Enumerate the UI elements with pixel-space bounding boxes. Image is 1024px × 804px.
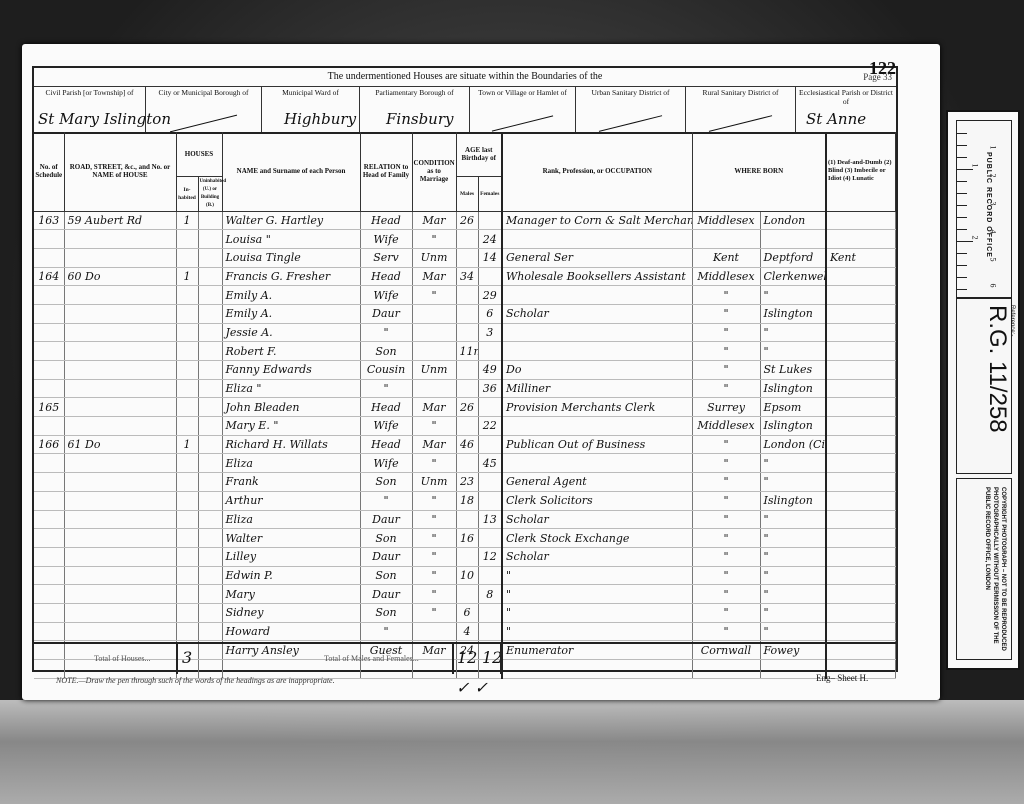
row-infirmity (826, 529, 896, 548)
row-address (64, 529, 176, 548)
row-male-age (456, 547, 478, 566)
row-condition: " (412, 529, 456, 548)
row-relation: Head (360, 267, 412, 286)
row-condition (412, 622, 456, 641)
row-name: Mary E. " (222, 417, 360, 436)
row-inhabited (176, 286, 198, 305)
row-uninhabited (198, 491, 222, 510)
row-occupation: General Ser (502, 248, 692, 267)
row-name: Emily A. (222, 304, 360, 323)
row-address (64, 398, 176, 417)
total-houses-value: 3 (182, 648, 192, 667)
row-infirmity (826, 585, 896, 604)
row-schedule: 165 (34, 398, 64, 417)
row-address (64, 622, 176, 641)
row-born-place: " (760, 323, 826, 342)
row-uninhabited (198, 323, 222, 342)
row-male-age (456, 510, 478, 529)
row-male-age: 16 (456, 529, 478, 548)
row-schedule (34, 342, 64, 361)
row-inhabited (176, 529, 198, 548)
row-schedule (34, 491, 64, 510)
row-born-place: Islington (760, 379, 826, 398)
col-condition: CONDITION as to Marriage (412, 132, 456, 211)
row-schedule (34, 454, 64, 473)
col-where-born: WHERE BORN (692, 132, 826, 211)
row-address (64, 603, 176, 622)
row-occupation: " (502, 585, 692, 604)
row-inhabited (176, 603, 198, 622)
row-infirmity (826, 491, 896, 510)
row-schedule (34, 622, 64, 641)
table-row: Howard"4""" (34, 622, 896, 641)
boundaries-row: Civil Parish [or Township] of St Mary Is… (34, 86, 896, 134)
row-born-county: " (692, 566, 760, 585)
row-name: Fanny Edwards (222, 361, 360, 380)
table-row: Arthur""18Clerk Solicitors"Islington (34, 491, 896, 510)
total-males: 12 (457, 648, 477, 667)
table-row: Louisa "Wife"24 (34, 230, 896, 249)
row-uninhabited (198, 547, 222, 566)
boundary-rural-sanitary: Rural Sanitary District of (686, 86, 796, 132)
row-born-place: Islington (760, 417, 826, 436)
row-occupation (502, 286, 692, 305)
row-female-age (478, 603, 502, 622)
col-uninhabited: Uninhabited (U.) or Building (B.) (198, 176, 222, 211)
row-address (64, 510, 176, 529)
row-uninhabited (198, 286, 222, 305)
row-inhabited (176, 622, 198, 641)
row-condition: Mar (412, 211, 456, 230)
row-occupation: Do (502, 361, 692, 380)
row-schedule: 164 (34, 267, 64, 286)
table-row: Fanny EdwardsCousinUnm49Do"St Lukes (34, 361, 896, 380)
row-female-age: 22 (478, 417, 502, 436)
col-schedule: No. of Schedule (34, 132, 64, 211)
boundary-civil-parish: Civil Parish [or Township] of St Mary Is… (34, 86, 146, 132)
table-row: 16359 Aubert Rd1Walter G. HartleyHeadMar… (34, 211, 896, 230)
row-inhabited (176, 510, 198, 529)
row-born-place: " (760, 603, 826, 622)
row-born-place: " (760, 585, 826, 604)
scan-edge-bottom (0, 700, 1024, 804)
row-inhabited: 1 (176, 211, 198, 230)
row-female-age: 36 (478, 379, 502, 398)
row-infirmity (826, 361, 896, 380)
row-condition (412, 342, 456, 361)
col-females: Females (478, 176, 502, 211)
row-address: 61 Do (64, 435, 176, 454)
row-born-place: Epsom (760, 398, 826, 417)
row-uninhabited (198, 398, 222, 417)
row-condition: " (412, 510, 456, 529)
row-male-age (456, 230, 478, 249)
row-infirmity: Kent (826, 248, 896, 267)
row-uninhabited (198, 379, 222, 398)
row-infirmity (826, 566, 896, 585)
row-occupation: Wholesale Booksellers Assistant (502, 267, 692, 286)
row-born-place: London (City) (760, 435, 826, 454)
row-condition: " (412, 230, 456, 249)
row-inhabited (176, 342, 198, 361)
copyright-box: COPYRIGHT PHOTOGRAPH – NOT TO BE REPRODU… (956, 478, 1012, 660)
row-occupation: " (502, 603, 692, 622)
row-infirmity (826, 286, 896, 305)
row-address: 59 Aubert Rd (64, 211, 176, 230)
row-male-age: 46 (456, 435, 478, 454)
table-row: 16460 Do1Francis G. FresherHeadMar34Whol… (34, 267, 896, 286)
blank-dash (170, 115, 237, 133)
check-marks: ✓ ✓ (456, 678, 488, 697)
boundary-value: Finsbury (386, 110, 453, 128)
row-born-place: " (760, 473, 826, 492)
copyright-notice: COPYRIGHT PHOTOGRAPH – NOT TO BE REPRODU… (983, 487, 1007, 657)
row-uninhabited (198, 417, 222, 436)
row-relation: Wife (360, 286, 412, 305)
row-female-age: 49 (478, 361, 502, 380)
row-born-county: " (692, 304, 760, 323)
row-relation: Daur (360, 547, 412, 566)
archive-label: 1 2 3 4 5 6 1 2 PUBLIC RECORD OFFICE Ref… (946, 110, 1020, 670)
row-relation: Serv (360, 248, 412, 267)
row-inhabited (176, 398, 198, 417)
row-relation: Son (360, 342, 412, 361)
row-born-place: Deptford (760, 248, 826, 267)
row-name: Howard (222, 622, 360, 641)
row-name: Jessie A. (222, 323, 360, 342)
row-address (64, 454, 176, 473)
row-uninhabited (198, 622, 222, 641)
boundary-value: St Anne (806, 110, 866, 128)
row-inhabited (176, 585, 198, 604)
row-schedule: 166 (34, 435, 64, 454)
row-born-county: Kent (692, 248, 760, 267)
row-occupation: Manager to Corn & Salt Merchant (502, 211, 692, 230)
row-female-age: 6 (478, 304, 502, 323)
row-address (64, 342, 176, 361)
row-born-county (692, 230, 760, 249)
row-uninhabited (198, 304, 222, 323)
table-row: Jessie A."3"" (34, 323, 896, 342)
row-schedule (34, 361, 64, 380)
row-male-age (456, 379, 478, 398)
row-condition: " (412, 286, 456, 305)
row-born-place: " (760, 529, 826, 548)
row-condition: " (412, 566, 456, 585)
row-female-age (478, 529, 502, 548)
row-born-county: Middlesex (692, 267, 760, 286)
row-schedule: 163 (34, 211, 64, 230)
row-relation: Wife (360, 417, 412, 436)
row-occupation (502, 323, 692, 342)
row-inhabited (176, 379, 198, 398)
row-born-place: " (760, 547, 826, 566)
row-schedule (34, 510, 64, 529)
row-infirmity (826, 342, 896, 361)
row-female-age (478, 473, 502, 492)
boundary-ward: Municipal Ward of Highbury (262, 86, 360, 132)
col-males: Males (456, 176, 478, 211)
table-row: Emily A.Daur6Scholar"Islington (34, 304, 896, 323)
table-row: 16661 Do1Richard H. WillatsHeadMar46Publ… (34, 435, 896, 454)
row-male-age: 6 (456, 603, 478, 622)
table-row: MaryDaur"8""" (34, 585, 896, 604)
row-name: Edwin P. (222, 566, 360, 585)
row-infirmity (826, 510, 896, 529)
row-born-place: Islington (760, 491, 826, 510)
row-condition: Unm (412, 361, 456, 380)
row-born-place (760, 230, 826, 249)
row-condition: " (412, 585, 456, 604)
row-uninhabited (198, 454, 222, 473)
row-schedule (34, 323, 64, 342)
page-label: Page 33 (863, 72, 892, 82)
divider (452, 644, 454, 674)
row-female-age (478, 622, 502, 641)
row-relation: Head (360, 435, 412, 454)
header-title: The undermentioned Houses are situate wi… (34, 68, 896, 87)
row-condition (412, 323, 456, 342)
row-name: Louisa Tingle (222, 248, 360, 267)
row-name: Walter (222, 529, 360, 548)
row-female-age: 13 (478, 510, 502, 529)
row-male-age (456, 417, 478, 436)
row-name: John Bleaden (222, 398, 360, 417)
row-relation: Cousin (360, 361, 412, 380)
total-persons-label: Total of Males and Females... (324, 654, 419, 663)
row-schedule (34, 379, 64, 398)
row-occupation (502, 417, 692, 436)
row-condition: Unm (412, 248, 456, 267)
row-occupation (502, 342, 692, 361)
reference-number: R.G. 11/258 (983, 305, 1011, 433)
row-born-county: " (692, 622, 760, 641)
row-schedule (34, 230, 64, 249)
totals-row: Total of Houses... 3 Total of Males and … (34, 642, 896, 674)
row-name: Eliza (222, 454, 360, 473)
row-occupation: General Agent (502, 473, 692, 492)
table-row: SidneySon"6""" (34, 603, 896, 622)
row-born-county: Middlesex (692, 211, 760, 230)
row-born-county: " (692, 547, 760, 566)
row-name: Louisa " (222, 230, 360, 249)
row-uninhabited (198, 248, 222, 267)
row-male-age (456, 361, 478, 380)
row-uninhabited (198, 342, 222, 361)
row-relation: Son (360, 603, 412, 622)
row-infirmity (826, 547, 896, 566)
row-infirmity (826, 398, 896, 417)
row-occupation: Scholar (502, 510, 692, 529)
row-uninhabited (198, 473, 222, 492)
row-name: Mary (222, 585, 360, 604)
row-born-county: " (692, 510, 760, 529)
row-female-age (478, 267, 502, 286)
row-condition (412, 379, 456, 398)
row-male-age: 4 (456, 622, 478, 641)
row-inhabited (176, 230, 198, 249)
sheet-label: Eng– Sheet H. (816, 673, 868, 683)
row-relation: Son (360, 529, 412, 548)
col-name: NAME and Surname of each Person (222, 132, 360, 211)
row-relation: Wife (360, 454, 412, 473)
row-relation: " (360, 323, 412, 342)
row-uninhabited (198, 566, 222, 585)
row-male-age: 23 (456, 473, 478, 492)
row-inhabited: 1 (176, 435, 198, 454)
row-schedule (34, 585, 64, 604)
row-name: Francis G. Fresher (222, 267, 360, 286)
row-infirmity (826, 435, 896, 454)
row-inhabited: 1 (176, 267, 198, 286)
row-occupation: Clerk Solicitors (502, 491, 692, 510)
divider (500, 644, 502, 674)
row-born-county: " (692, 529, 760, 548)
table-row: Robert F.Son11mo"" (34, 342, 896, 361)
row-born-place: Clerkenwell (760, 267, 826, 286)
row-born-county: " (692, 286, 760, 305)
blank-dash (709, 115, 773, 132)
row-occupation: Publican Out of Business (502, 435, 692, 454)
row-address (64, 304, 176, 323)
row-female-age: 14 (478, 248, 502, 267)
row-male-age: 10 (456, 566, 478, 585)
row-infirmity (826, 211, 896, 230)
table-row: Louisa TingleServUnm14General SerKentDep… (34, 248, 896, 267)
table-row: FrankSonUnm23General Agent"" (34, 473, 896, 492)
row-male-age: 11mo (456, 342, 478, 361)
row-name: Eliza " (222, 379, 360, 398)
row-male-age (456, 454, 478, 473)
row-inhabited (176, 323, 198, 342)
row-occupation: Scholar (502, 304, 692, 323)
table-row: LilleyDaur"12Scholar"" (34, 547, 896, 566)
row-born-county: " (692, 603, 760, 622)
table-row: WalterSon"16Clerk Stock Exchange"" (34, 529, 896, 548)
row-born-county: " (692, 454, 760, 473)
row-male-age: 26 (456, 211, 478, 230)
row-female-age: 29 (478, 286, 502, 305)
col-age: AGE last Birthday of (456, 132, 502, 176)
boundary-parliamentary: Parliamentary Borough of Finsbury (360, 86, 470, 132)
row-infirmity (826, 473, 896, 492)
row-uninhabited (198, 267, 222, 286)
table-row: Mary E. "Wife"22MiddlesexIslington (34, 417, 896, 436)
row-infirmity (826, 454, 896, 473)
row-relation: Son (360, 566, 412, 585)
row-female-age: 24 (478, 230, 502, 249)
divider (176, 644, 178, 674)
row-name: Robert F. (222, 342, 360, 361)
row-name: Richard H. Willats (222, 435, 360, 454)
row-relation: Head (360, 211, 412, 230)
row-female-age (478, 211, 502, 230)
row-name: Eliza (222, 510, 360, 529)
row-relation: " (360, 622, 412, 641)
row-female-age (478, 435, 502, 454)
row-infirmity (826, 603, 896, 622)
row-name: Emily A. (222, 286, 360, 305)
col-relation: RELATION to Head of Family (360, 132, 412, 211)
boundary-ecclesiastical: Ecclesiastical Parish or District of St … (796, 86, 896, 132)
row-born-county: " (692, 585, 760, 604)
row-male-age (456, 286, 478, 305)
row-inhabited (176, 547, 198, 566)
row-infirmity (826, 304, 896, 323)
row-address (64, 230, 176, 249)
row-occupation: " (502, 566, 692, 585)
row-born-place: " (760, 510, 826, 529)
row-schedule (34, 286, 64, 305)
row-condition: " (412, 454, 456, 473)
blank-dash (599, 115, 663, 132)
row-schedule (34, 304, 64, 323)
row-address (64, 248, 176, 267)
row-schedule (34, 473, 64, 492)
census-table: No. of Schedule ROAD, STREET, &c., and N… (34, 132, 896, 679)
row-female-age (478, 566, 502, 585)
row-born-county: " (692, 491, 760, 510)
boundary-town: Town or Village or Hamlet of (470, 86, 576, 132)
row-female-age: 45 (478, 454, 502, 473)
row-schedule (34, 529, 64, 548)
col-address: ROAD, STREET, &c., and No. or NAME of HO… (64, 132, 176, 211)
row-address (64, 491, 176, 510)
boundary-municipal-borough: City or Municipal Borough of (146, 86, 262, 132)
scale-ruler: 1 2 3 4 5 6 1 2 (956, 120, 1012, 298)
row-condition: " (412, 603, 456, 622)
col-occupation: Rank, Profession, or OCCUPATION (502, 132, 692, 211)
col-houses: HOUSES (176, 132, 222, 176)
row-address (64, 323, 176, 342)
row-infirmity (826, 323, 896, 342)
row-inhabited (176, 566, 198, 585)
row-relation: Head (360, 398, 412, 417)
row-uninhabited (198, 603, 222, 622)
row-inhabited (176, 361, 198, 380)
row-address (64, 361, 176, 380)
row-infirmity (826, 230, 896, 249)
row-male-age (456, 248, 478, 267)
row-schedule (34, 566, 64, 585)
row-female-age: 12 (478, 547, 502, 566)
row-occupation (502, 230, 692, 249)
row-male-age (456, 585, 478, 604)
row-female-age (478, 342, 502, 361)
row-occupation (502, 454, 692, 473)
row-female-age (478, 491, 502, 510)
row-born-place: " (760, 342, 826, 361)
row-inhabited (176, 248, 198, 267)
row-born-county: Surrey (692, 398, 760, 417)
row-uninhabited (198, 585, 222, 604)
row-male-age (456, 323, 478, 342)
table-row: Eliza ""36Milliner"Islington (34, 379, 896, 398)
row-male-age: 34 (456, 267, 478, 286)
row-name: Arthur (222, 491, 360, 510)
row-condition (412, 304, 456, 323)
row-male-age: 26 (456, 398, 478, 417)
col-infirmity: (1) Deaf-and-Dumb (2) Blind (3) Imbecile… (826, 132, 896, 211)
row-born-county: " (692, 379, 760, 398)
row-born-county: " (692, 435, 760, 454)
row-born-place: " (760, 286, 826, 305)
row-address (64, 417, 176, 436)
boundary-value: Highbury (284, 110, 356, 128)
col-inhabited: In-habited (176, 176, 198, 211)
row-uninhabited (198, 230, 222, 249)
row-occupation: Provision Merchants Clerk (502, 398, 692, 417)
